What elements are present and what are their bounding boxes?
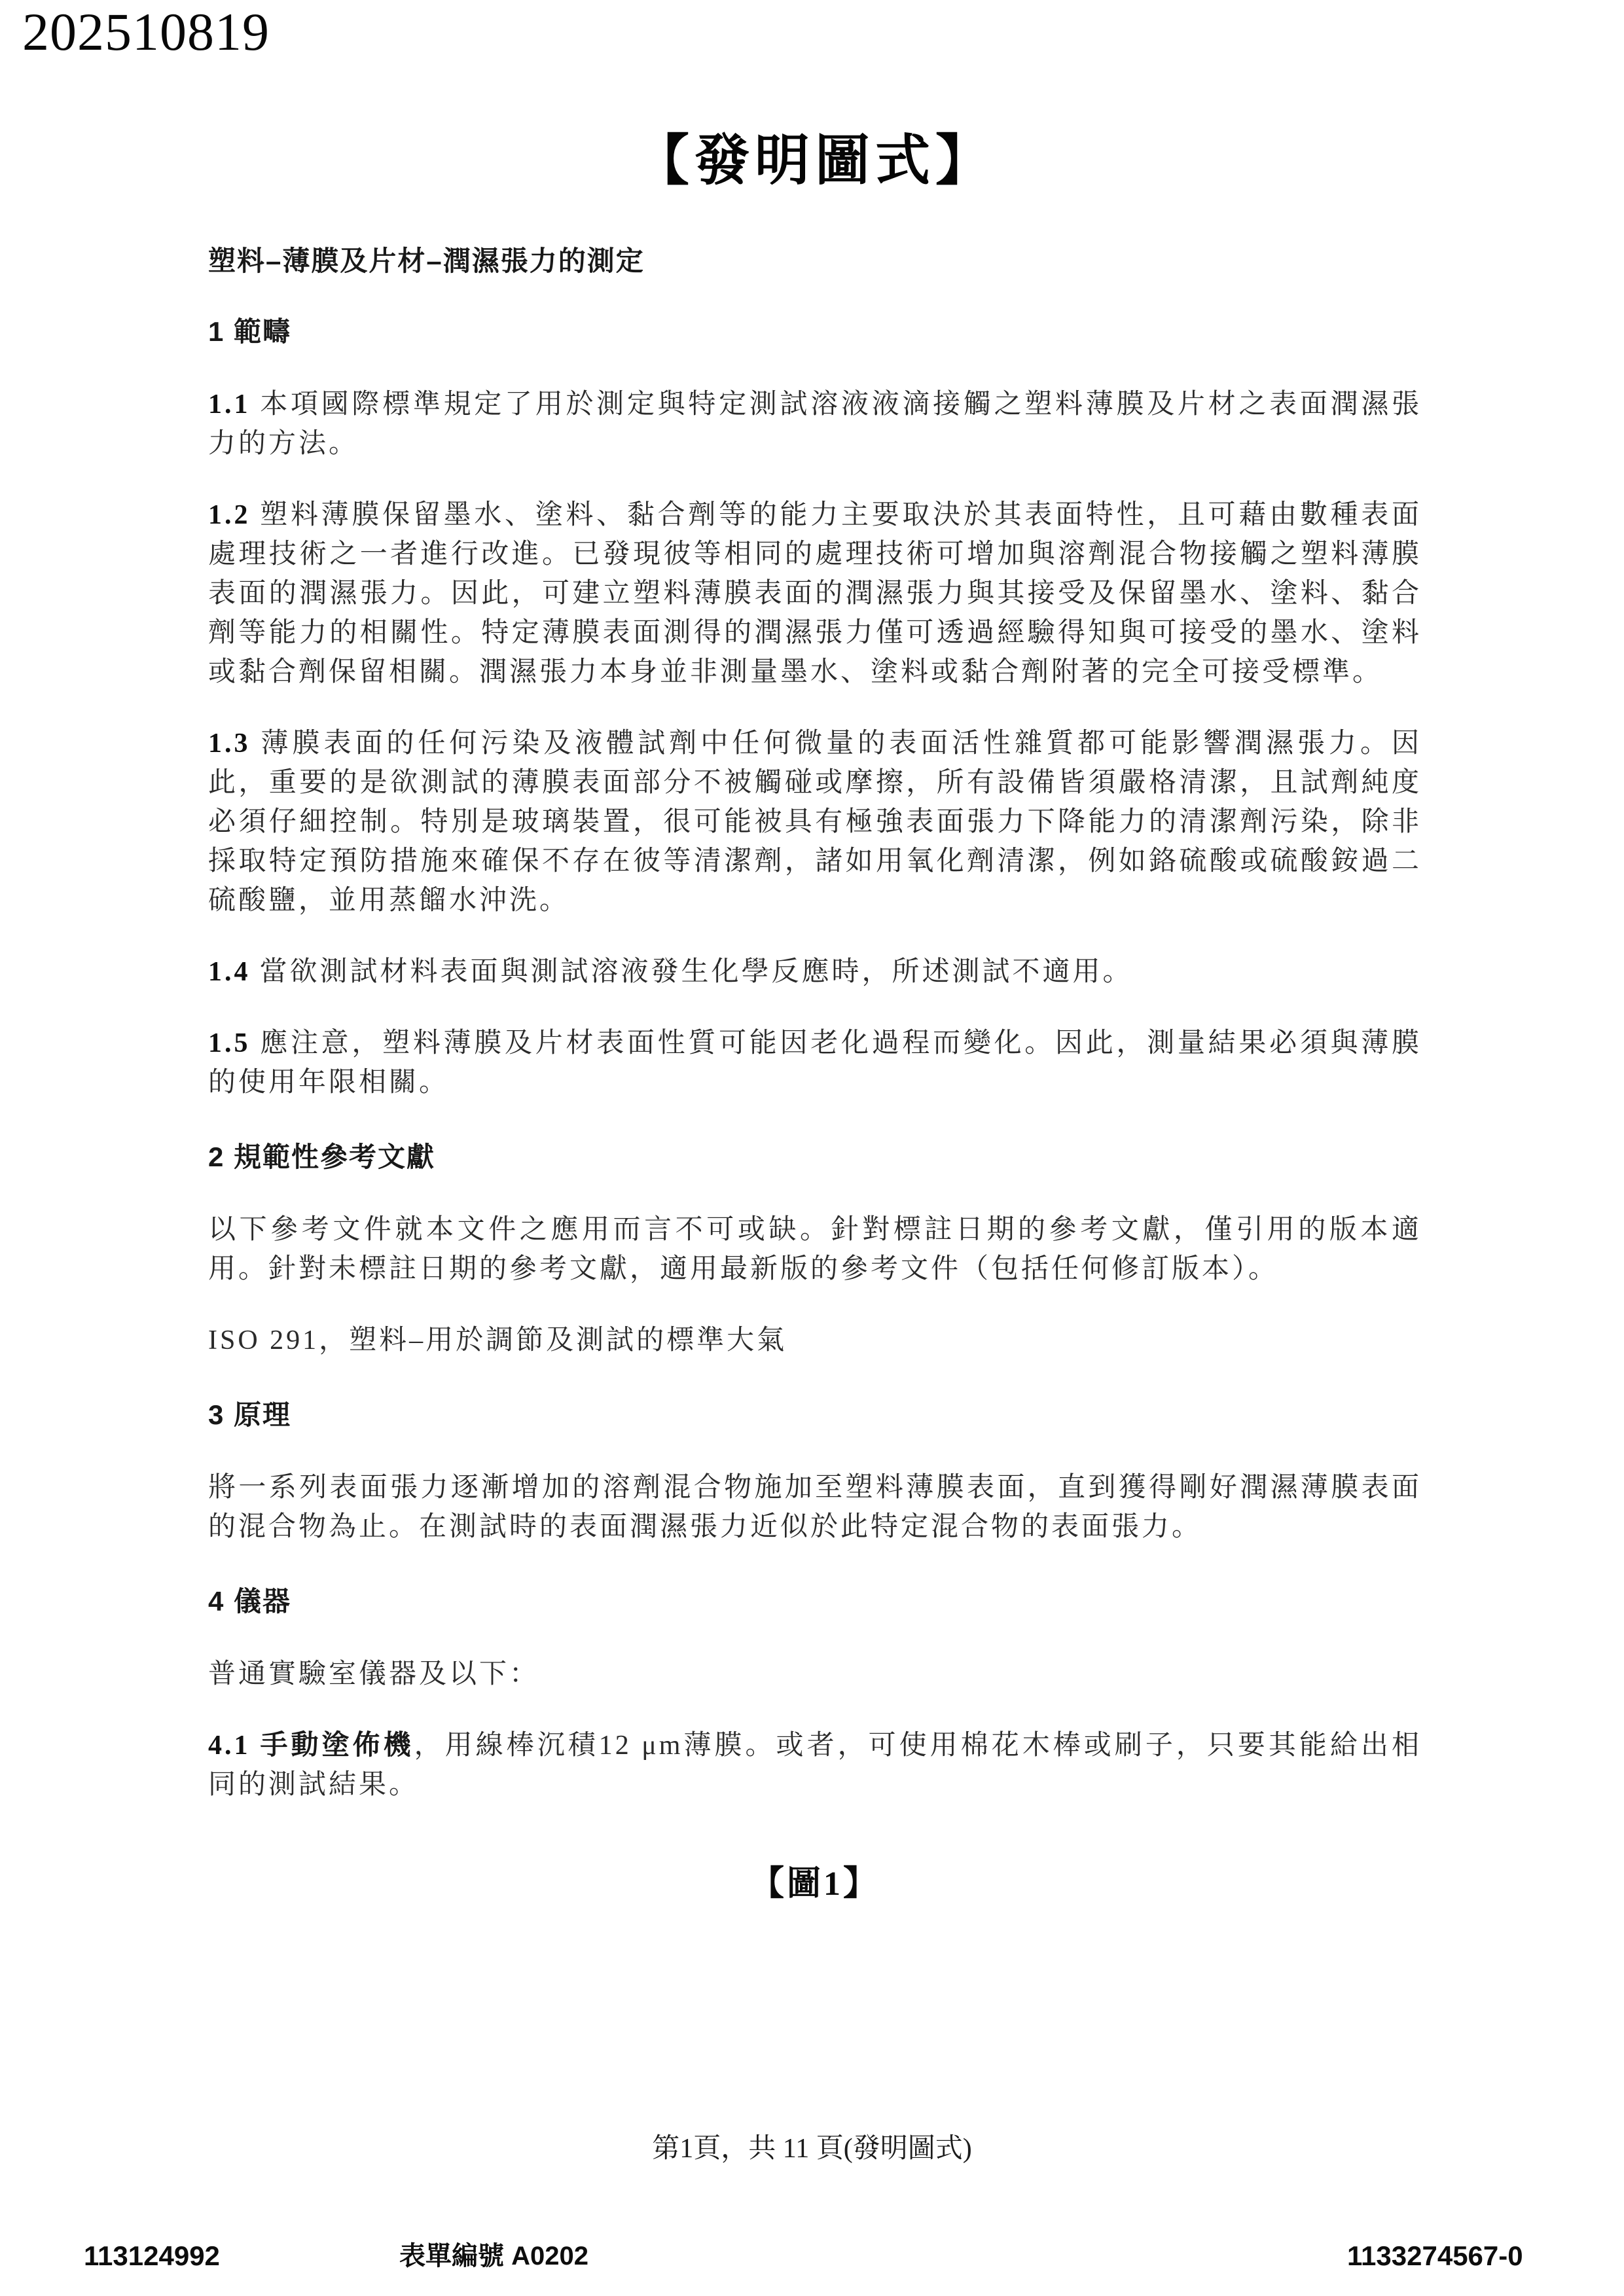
clause-number: 1.1 xyxy=(208,389,251,420)
clause-text: 應注意，塑料薄膜及片材表面性質可能因老化過程而變化。因此，測量結果必須與薄膜的使… xyxy=(208,1028,1422,1098)
clause-text: 以下參考文件就本文件之應用而言不可或缺。針對標註日期的參考文獻，僅引用的版本適用… xyxy=(208,1215,1422,1284)
page-number-line: 第1頁，共 11 頁(發明圖式) xyxy=(0,2132,1624,2165)
clause-number: 1.5 xyxy=(208,1028,251,1058)
document-title: 【發明圖式】 xyxy=(208,134,1422,189)
clause-text: 本項國際標準規定了用於測定與特定測試溶液液滴接觸之塑料薄膜及片材之表面潤濕張力的… xyxy=(208,389,1422,459)
form-number: 表單編號 A0202 xyxy=(399,2241,588,2271)
clause-text: 普通實驗室儀器及以下： xyxy=(208,1659,539,1689)
clause-text: 薄膜表面的任何污染及液體試劑中任何微量的表面活性雜質都可能影響潤濕張力。因此，重… xyxy=(208,728,1422,916)
paragraph-4-1: 4.1手動塗佈機，用線棒沉積12 μm薄膜。或者，可使用棉花木棒或刷子，只要其能… xyxy=(208,1725,1422,1804)
standard-title: 塑料–薄膜及片材–潤濕張力的測定 xyxy=(208,245,1422,277)
section-2-heading: 2 規範性參考文獻 xyxy=(208,1141,1422,1173)
paragraph-1-3: 1.3薄膜表面的任何污染及液體試劑中任何微量的表面活性雜質都可能影響潤濕張力。因… xyxy=(208,723,1422,920)
section-3-heading: 3 原理 xyxy=(208,1399,1422,1431)
clause-number: 4.1 xyxy=(208,1731,251,1761)
clause-number: 1.4 xyxy=(208,957,251,987)
clause-text: 塑料薄膜保留墨水、塗料、黏合劑等的能力主要取決於其表面特性，且可藉由數種表面處理… xyxy=(208,500,1422,687)
patent-document-page: 202510819 【發明圖式】 塑料–薄膜及片材–潤濕張力的測定 1 範疇 1… xyxy=(0,0,1624,2296)
paragraph-4-intro: 普通實驗室儀器及以下： xyxy=(208,1654,1422,1694)
section-4-heading: 4 儀器 xyxy=(208,1586,1422,1617)
paragraph-1-2: 1.2塑料薄膜保留墨水、塗料、黏合劑等的能力主要取決於其表面特性，且可藉由數種表… xyxy=(208,495,1422,692)
paragraph-1-1: 1.1本項國際標準規定了用於測定與特定測試溶液液滴接觸之塑料薄膜及片材之表面潤濕… xyxy=(208,384,1422,463)
clause-text: ISO 291，塑料–用於調節及測試的標準大氣 xyxy=(208,1325,787,1355)
application-number: 113124992 xyxy=(84,2241,220,2271)
paragraph-3-1: 將一系列表面張力逐漸增加的溶劑混合物施加至塑料薄膜表面，直到獲得剛好潤濕薄膜表面… xyxy=(208,1467,1422,1547)
clause-text: 將一系列表面張力逐漸增加的溶劑混合物施加至塑料薄膜表面，直到獲得剛好潤濕薄膜表面… xyxy=(208,1473,1422,1542)
paragraph-iso-reference: ISO 291，塑料–用於調節及測試的標準大氣 xyxy=(208,1320,1422,1360)
paragraph-1-5: 1.5應注意，塑料薄膜及片材表面性質可能因老化過程而變化。因此，測量結果必須與薄… xyxy=(208,1023,1422,1102)
clause-number: 1.3 xyxy=(208,728,251,759)
section-1-heading: 1 範疇 xyxy=(208,316,1422,348)
document-code: 1133274567-0 xyxy=(1347,2241,1523,2271)
clause-text: 當欲測試材料表面與測試溶液發生化學反應時，所述測試不適用。 xyxy=(260,957,1133,987)
paragraph-1-4: 1.4當欲測試材料表面與測試溶液發生化學反應時，所述測試不適用。 xyxy=(208,952,1422,992)
paragraph-2-1: 以下參考文件就本文件之應用而言不可或缺。針對標註日期的參考文獻，僅引用的版本適用… xyxy=(208,1210,1422,1289)
document-body: 【發明圖式】 塑料–薄膜及片材–潤濕張力的測定 1 範疇 1.1本項國際標準規定… xyxy=(208,0,1422,1904)
clause-lead: 手動塗佈機 xyxy=(260,1729,414,1760)
clause-number: 1.2 xyxy=(208,500,251,530)
figure-1-label: 【圖1】 xyxy=(208,1865,1422,1904)
